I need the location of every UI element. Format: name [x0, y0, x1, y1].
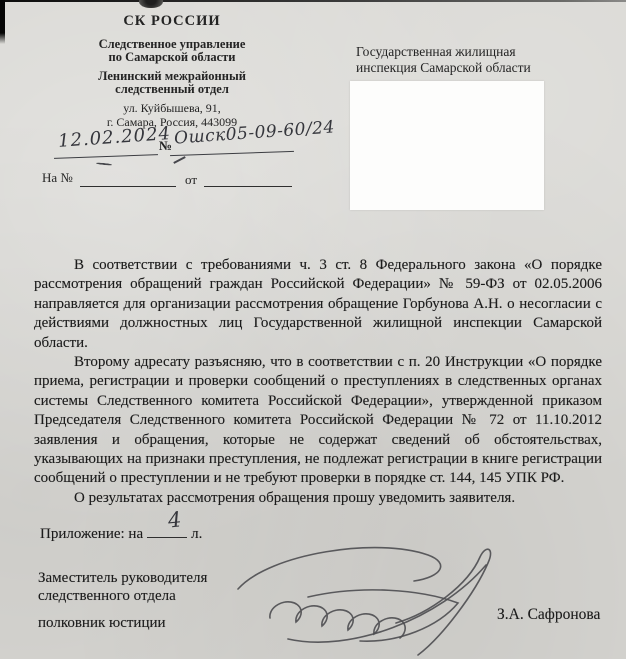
- reply-number-label: На №: [42, 170, 73, 186]
- signoff-position: Заместитель руководителя следственного о…: [38, 570, 207, 605]
- attachment-label: Приложение: на: [40, 526, 143, 542]
- number-sign: №: [159, 138, 172, 154]
- sender-division-line2: следственный отдел: [32, 83, 312, 96]
- pen-tick-mark: [173, 156, 185, 164]
- signature-scrawl: [228, 543, 513, 659]
- scan-top-edge-line: [0, 0, 626, 2]
- sender-department: Следственное управление по Самарской обл…: [32, 38, 312, 64]
- body-paragraph-1: В соответствии с требованиями ч. 3 ст. 8…: [34, 256, 602, 353]
- scan-left-edge-bar: [0, 0, 5, 44]
- handwritten-sheet-count: 4: [167, 507, 183, 532]
- body-paragraph-3: О результатах рассмотрения обращения про…: [34, 489, 602, 508]
- sender-division: Ленинский межрайонный следственный отдел: [32, 70, 312, 96]
- recipient-line1: Государственная жилищная: [356, 44, 596, 60]
- redaction-box: [350, 81, 544, 210]
- body-paragraph-2: Второму адресату разъясняю, что в соотве…: [34, 353, 602, 489]
- reply-from-label: от: [185, 172, 197, 188]
- number-underline: [170, 151, 294, 156]
- reply-number-blank-line: [80, 186, 176, 187]
- sender-department-line2: по Самарской области: [32, 51, 312, 64]
- recipient-block: Государственная жилищная инспекция Самар…: [356, 44, 596, 75]
- state-crest-icon: [139, 0, 163, 8]
- date-underline: [54, 154, 158, 159]
- pen-tick-mark: [96, 162, 112, 166]
- attachment-unit-label: л.: [191, 526, 202, 542]
- recipient-line2: инспекция Самарской области: [356, 60, 596, 76]
- letter-body: В соответствии с требованиями ч. 3 ст. 8…: [34, 256, 602, 508]
- sender-address-line1: ул. Куйбышева, 91,: [32, 102, 312, 116]
- scanned-letter-page: СК РОССИИ Следственное управление по Сам…: [0, 0, 626, 659]
- signoff-position-line2: следственного отдела: [38, 588, 207, 606]
- sender-org-title: СК РОССИИ: [32, 13, 312, 30]
- signoff-rank: полковник юстиции: [38, 615, 166, 632]
- signoff-position-line1: Заместитель руководителя: [38, 570, 207, 588]
- reply-date-blank-line: [204, 186, 292, 187]
